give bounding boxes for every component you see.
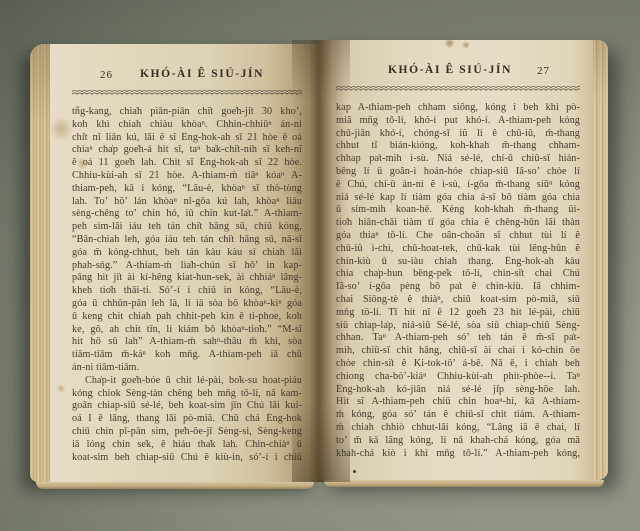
text-line: tn̂g-kang, chia̍h piān-piān chi̍t goe̍h-… bbox=[72, 106, 302, 119]
text-line: chiong cha-bó’-kiáⁿ Chhiu-kùi-ah phit-ph… bbox=[336, 371, 580, 384]
wavy-rule-left bbox=[72, 89, 302, 97]
paragraph: tn̂g-kang, chia̍h piān-piān chi̍t goe̍h-… bbox=[72, 106, 302, 375]
text-line: to’ m̄ kā lâng kóng, lí nā khah-chá kóng… bbox=[336, 435, 580, 448]
text-line: tiām-tiām m̄-káⁿ koh mn̄g. A-thiam-peh i… bbox=[72, 349, 302, 362]
paragraph: Cha̍p-it goe̍h-bóe ū chit lé-pài, bo̍k-s… bbox=[72, 375, 302, 465]
text-line: niá sé-lé kap lí tiàm góa chia á-sī bô t… bbox=[336, 192, 580, 205]
text-line: lah. To’ hō’ lán khòaⁿ nî-gōa kú lah, kh… bbox=[72, 196, 302, 209]
running-header-right: 27 KHÓ-ÀI Ê SIÚ-JÍN bbox=[336, 64, 580, 80]
text-line: chū-jiân khó-í, chóng-sī iû lí ê chū-iû,… bbox=[336, 128, 580, 141]
text-line: peh sim-lāi iáu teh tán chi̍t hāng sū, c… bbox=[72, 221, 302, 234]
text-line: siū chiap-la̍p, niá-siū Sé-lé, sòa siū c… bbox=[336, 320, 580, 333]
running-title-right: KHÓ-ÀI Ê SIÚ-JÍN bbox=[388, 64, 512, 76]
running-header-left: 26 KHÓ-ÀI Ê SIÚ-JÍN bbox=[72, 68, 302, 84]
text-line: kóng chiok Sèng-tàn chêng beh mn̄g tō-lí… bbox=[72, 388, 302, 401]
page-number-right: 27 bbox=[537, 65, 550, 77]
text-line: chòe chin-si̍t ê Ki-tok-tô’ á-bē. Nā ē, … bbox=[336, 358, 580, 371]
text-line: góa m̄ kóng-chhut, beh tán kàu kàu sí ch… bbox=[72, 247, 302, 260]
text-line: chhan. Taⁿ A-thiam-peh só’ teh tán ê m̄-… bbox=[336, 332, 580, 345]
text-line: góa ū chhûn-pān leh là, lí iā sòa bô khò… bbox=[72, 298, 302, 311]
text-line: tio̍h hiān-chāi tiàm tī góa chia ê chêng… bbox=[336, 217, 580, 230]
page-stack-edge-left bbox=[30, 44, 50, 482]
text-line: ū sím-mih koan-hē. Kèng koh-khah m̄-than… bbox=[336, 204, 580, 217]
text-line: chiū chin pī-pān sim, pe̍h-ōe-jī Sèng-si… bbox=[72, 426, 302, 439]
page-body-right: kap A-thiam-peh chham siông, kóng i beh … bbox=[336, 102, 580, 460]
photo-backdrop: 26 KHÓ-ÀI Ê SIÚ-JÍN tn̂g-kang, chia̍h pi… bbox=[0, 0, 640, 531]
text-line: pāng hit ji̍t ài kí-hêng kiat-hun-sek, à… bbox=[72, 272, 302, 285]
text-line: koh khì chiah chiàu khòaⁿ. Chhin-chhiūⁿ … bbox=[72, 119, 302, 132]
text-line: chia cha̍p-hun bêng-pe̍k tō-lí, chin-si̍… bbox=[336, 268, 580, 281]
text-line: phah-sńg.” A-thiam-ḿ lia̍h-chún sī hō’ i… bbox=[72, 260, 302, 273]
text-line: koat-sim beh chiap-siū Chú ê kiù-in, só’… bbox=[72, 452, 302, 465]
text-line: ū keng chit chiah pah chhit-peh kin ê ti… bbox=[72, 311, 302, 324]
text-line: góa thiaⁿ tō-lí. Che oân-choân sī chhut … bbox=[336, 230, 580, 243]
text-line: Chhiu-kùi-ah sī 21 hòe. A-thiam-ḿ tiāⁿ k… bbox=[72, 170, 302, 183]
text-line: chín-kiù ū su-iàu chiah thang. Êng-hok-a… bbox=[336, 256, 580, 269]
right-page-text-column: 27 KHÓ-ÀI Ê SIÚ-JÍN kap A-thiam-peh chha… bbox=[336, 64, 580, 460]
text-line: kap A-thiam-peh chham siông, kóng i beh … bbox=[336, 102, 580, 115]
text-line: ḿ chiah chhiò chhut-lâi kóng, “Lâng iā ē… bbox=[336, 422, 580, 435]
text-line: án-ni tiām-tiām. bbox=[72, 362, 302, 375]
running-title-left: KHÓ-ÀI Ê SIÚ-JÍN bbox=[140, 68, 264, 80]
page-body-left: tn̂g-kang, chia̍h piān-piān chi̍t goe̍h-… bbox=[72, 106, 302, 464]
open-book: 26 KHÓ-ÀI Ê SIÚ-JÍN tn̂g-kang, chia̍h pi… bbox=[30, 38, 612, 490]
wavy-rule-right bbox=[336, 85, 580, 93]
text-line: thiam-peh, kā i kóng, “Lāu-è, khòaⁿ sī t… bbox=[72, 183, 302, 196]
text-line: ê oá 11 goe̍h lah. Chit sî Êng-hok-ah sī… bbox=[72, 157, 302, 170]
text-line: mih, chiū-sī chit hāng, chiū-sī ài chai … bbox=[336, 345, 580, 358]
text-line: mn̄g tō-lí. Tī hit nî ê 12 goe̍h 23 hit … bbox=[336, 307, 580, 320]
ink-dot bbox=[353, 470, 356, 473]
text-line: Êng-hok-ah kó-jiân niá sé-lé ji̍p sèng-h… bbox=[336, 384, 580, 397]
text-line: chai Siōng-tè ê thiàⁿ, chiū koat-sim pò-… bbox=[336, 294, 580, 307]
text-line: Iâ-so’ í-gōa pèng bô pa̍t ê chín-kiù. Iā… bbox=[336, 281, 580, 294]
text-line: iā lóng chin se̍k, ē hiáu tha̍k lah. Chi… bbox=[72, 439, 302, 452]
text-line: Hit sî A-thiam-peh chiū chin hoaⁿ-hí, kā… bbox=[336, 396, 580, 409]
left-page-text-column: 26 KHÓ-ÀI Ê SIÚ-JÍN tn̂g-kang, chia̍h pi… bbox=[72, 68, 302, 464]
text-line: sèng-chêng to’ chin hó, iū chin kut-la̍t… bbox=[72, 208, 302, 221]
text-line: miâ mn̄g tō-lí, khó-í put khó-í. A-thiam… bbox=[336, 115, 580, 128]
page-number-left: 26 bbox=[100, 69, 113, 81]
text-line: chiaⁿ cha̍p goe̍h-á hit sî, taⁿ ba̍k-chi… bbox=[72, 144, 302, 157]
text-line: ke, gô, ah chit tīn, lí kiám bô khòaⁿ-ti… bbox=[72, 324, 302, 337]
text-line: Cha̍p-it goe̍h-bóe ū chit lé-pài, bo̍k-s… bbox=[72, 375, 302, 388]
text-line: bêng lí ū goân-ì hoán-hóe chiap-siū Iâ-s… bbox=[336, 166, 580, 179]
text-line: “Bān-chiah leh, góa iáu teh tán chi̍t hā… bbox=[72, 234, 302, 247]
text-line: hit hō sū lah” A-thiam-ḿ sahⁿ-thâu m̄ kh… bbox=[72, 336, 302, 349]
text-line: chhap pa̍t-mih ì-sù. Niá sé-lé, chí-ū ch… bbox=[336, 153, 580, 166]
page-stack-edge-right bbox=[593, 40, 608, 480]
text-line: kheh tio̍h thâi-ti. Só’-í i chiū ìn kóng… bbox=[72, 285, 302, 298]
text-line: chi̍t nî liân kú, lâi ê sî Êng-hok-ah sī… bbox=[72, 132, 302, 145]
text-line: khah-chá kiò i khì mn̄g tō-lí.” A-thiam-… bbox=[336, 448, 580, 461]
text-line: ḿ kóng, góa só’ tán ê chiū-sī chit tiám.… bbox=[336, 409, 580, 422]
text-line: ê Chú, chí-ū án-ni ê ì-sù, í-gōa m̄-than… bbox=[336, 179, 580, 192]
text-line: oá I ê lâng, thang lâi pò-miâ. Chū chá Ê… bbox=[72, 413, 302, 426]
text-line: chū-iû ì-chì, chū-hoat-tek, chū-kak tùi … bbox=[336, 243, 580, 256]
paragraph: kap A-thiam-peh chham siông, kóng i beh … bbox=[336, 102, 580, 460]
text-line: chhut tī bián-kióng, koh-khah m̄-thang c… bbox=[336, 140, 580, 153]
text-line: goān chiap-siū sé-lé, beh koat-sim jīn C… bbox=[72, 400, 302, 413]
